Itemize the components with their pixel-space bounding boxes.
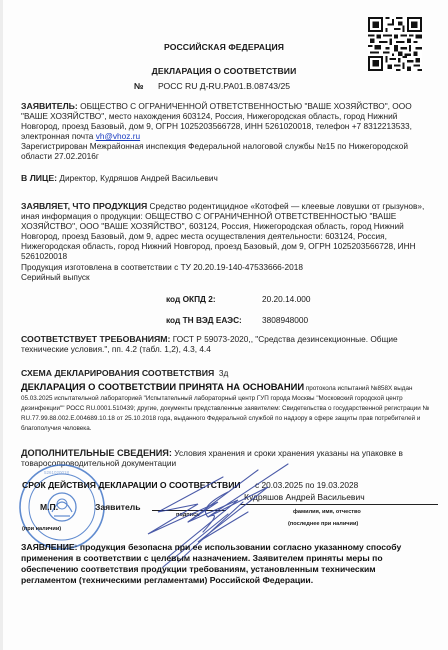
product-manufactured: Продукция изготовлена в соответствии с Т… <box>21 262 303 272</box>
scheme-value: 3д <box>219 368 228 378</box>
statement-label: ЗАЯВЛЕНИЕ: <box>21 542 78 552</box>
tnved-value: 3808948000 <box>262 315 308 325</box>
statement-text: продукция безопасна при ее использовании… <box>21 542 401 585</box>
applicant-section: ЗАЯВИТЕЛЬ: ОБЩЕСТВО С ОГРАНИЧЕННОЙ ОТВЕТ… <box>21 101 433 162</box>
scheme-label: СХЕМА ДЕКЛАРИРОВАНИЯ СООТВЕТСТВИЯ <box>21 368 214 378</box>
requirements-label: СООТВЕТСТВУЕТ ТРЕБОВАНИЯМ: <box>21 334 170 344</box>
okpd-value: 20.20.14.000 <box>262 294 310 304</box>
product-label: ЗАЯВЛЯЕТ, ЧТО ПРОДУКЦИЯ <box>21 201 147 211</box>
represented-by-text: Директор, Кудряшов Андрей Васильевич <box>57 173 218 183</box>
represented-by-section: В ЛИЦЕ: Директор, Кудряшов Андрей Василь… <box>21 173 433 183</box>
scheme-section: СХЕМА ДЕКЛАРИРОВАНИЯ СООТВЕТСТВИЯ 3д <box>21 368 433 378</box>
applicant-registration: Зарегистрирован Межрайонная инспекция Фе… <box>21 141 408 161</box>
product-text: Средство родентицидное «Котофей — клеевы… <box>21 201 424 261</box>
scan-edge <box>0 0 3 650</box>
product-section: ЗАЯВЛЯЕТ, ЧТО ПРОДУКЦИЯ Средство роденти… <box>21 201 433 282</box>
declaration-number: РОСС RU Д-RU.PA01.B.08743/25 <box>158 81 290 91</box>
represented-by-label: В ЛИЦЕ: <box>21 173 57 183</box>
additional-label: ДОПОЛНИТЕЛЬНЫЕ СВЕДЕНИЯ: <box>21 448 172 458</box>
mp-note: (при наличии) <box>22 526 61 532</box>
basis-text: протокола испытаний №858Х выдан 05.03.20… <box>21 385 429 432</box>
applicant-label: ЗАЯВИТЕЛЬ: <box>21 101 78 111</box>
svg-text:5261020018: 5261020018 <box>44 470 70 475</box>
applicant-email-link[interactable]: vh@vhoz.ru <box>96 131 140 141</box>
tnved-label: код ТН ВЭД ЕАЭС: <box>166 315 242 325</box>
okpd-label: код ОКПД 2: <box>166 294 216 304</box>
declaration-page: РОССИЙСКАЯ ФЕДЕРАЦИЯ ДЕКЛАРАЦИЯ О СООТВЕ… <box>0 0 448 650</box>
basis-section: ДЕКЛАРАЦИЯ О СООТВЕТСТВИИ ПРИНЯТА НА ОСН… <box>21 382 433 434</box>
basis-label: ДЕКЛАРАЦИЯ О СООТВЕТСТВИИ ПРИНЯТА НА ОСН… <box>21 381 304 392</box>
declaration-number-row: № РОСС RU Д-RU.PA01.B.08743/25 <box>134 81 290 91</box>
document-title: ДЕКЛАРАЦИЯ О СООТВЕТСТВИИ <box>0 66 448 76</box>
mp-label: М.П. <box>40 502 58 512</box>
country-title: РОССИЙСКАЯ ФЕДЕРАЦИЯ <box>0 42 448 52</box>
applicant-text: ОБЩЕСТВО С ОГРАНИЧЕННОЙ ОТВЕТСТВЕННОСТЬЮ… <box>21 101 412 141</box>
company-stamp: 5261020018 1025203566728 <box>17 462 107 552</box>
statement-section: ЗАЯВЛЕНИЕ: продукция безопасна при ее ис… <box>21 542 433 586</box>
number-sign: № <box>134 81 144 91</box>
product-series: Серийный выпуск <box>21 272 90 282</box>
requirements-section: СООТВЕТСТВУЕТ ТРЕБОВАНИЯМ: ГОСТ Р 59073-… <box>21 334 433 354</box>
